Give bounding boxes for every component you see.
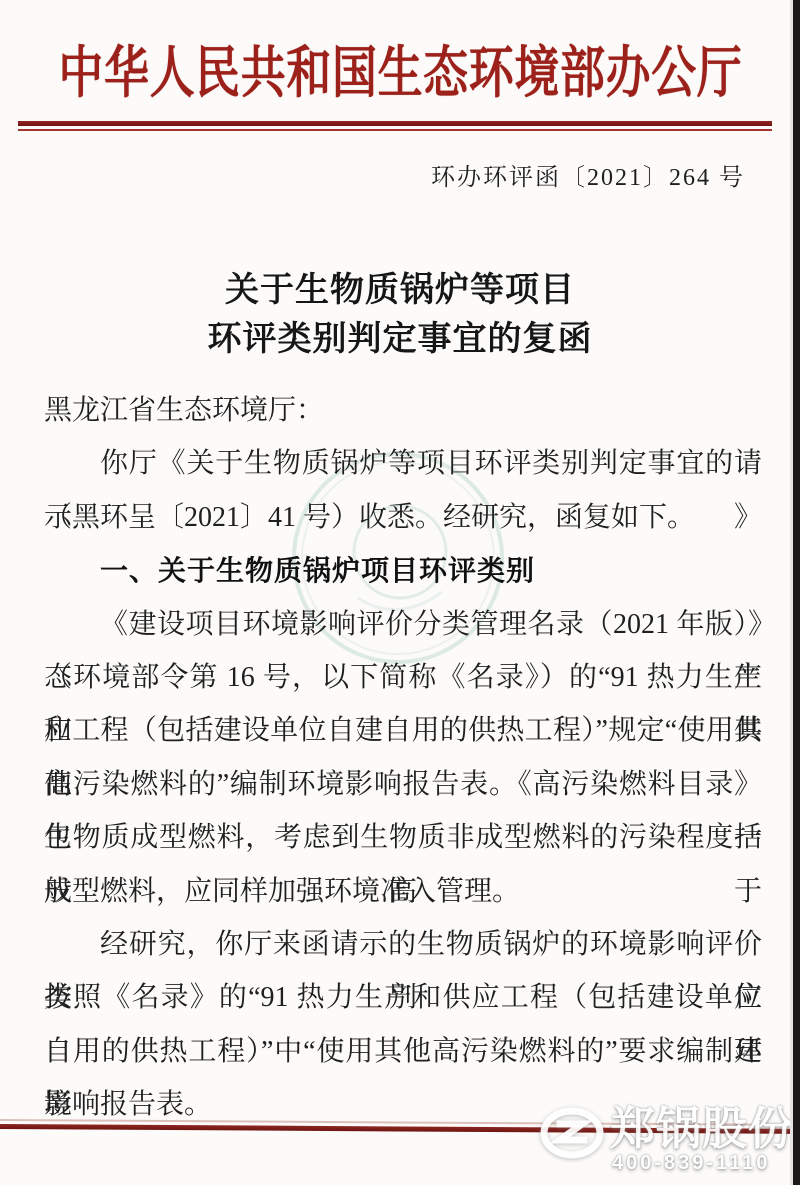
scanned-letter-page: 中华人民共和国生态环境部办公厅 环办环评函〔2021〕264 号 关于生物质锅炉…: [0, 0, 800, 1185]
body-lines: 黑龙江省生态环境厅：你厅《关于生物质锅炉等项目环评类别判定事宜的请示》（黑环呈〔…: [44, 384, 762, 1131]
body-line: 《建设项目环境影响评价分类管理名录（2021 年版）》（生: [44, 598, 762, 651]
letterhead: 中华人民共和国生态环境部办公厅: [0, 30, 800, 108]
zhengguo-logo-icon: [540, 1106, 604, 1165]
body-line: 一、关于生物质锅炉项目环评类别: [44, 544, 762, 597]
letter-title-line-2: 环评类别判定事宜的复函: [0, 315, 800, 364]
body-line: （黑环呈〔2021〕41 号）收悉。经研究，函复如下。: [44, 491, 762, 544]
body-line: 应工程（包括建设单位自建自用的供热工程）”规定“使用其他: [44, 704, 762, 757]
letterhead-agency-title: 中华人民共和国生态环境部办公厅: [58, 29, 742, 109]
body-line: 高污染燃料的”编制环境影响报告表。《高污染燃料目录》包括: [44, 758, 762, 811]
letter-title: 关于生物质锅炉等项目 环评类别判定事宜的复函: [0, 266, 800, 364]
body-line: 黑龙江省生态环境厅：: [44, 384, 762, 437]
body-line: 经研究，你厅来函请示的生物质锅炉的环境影响评价类别应: [44, 918, 762, 971]
letterhead-divider-thin-line: [18, 129, 772, 131]
scan-edge-strip: [793, 0, 800, 1185]
company-watermark: 郑锅股份 400-839-1110: [532, 1078, 792, 1183]
company-phone: 400-839-1110: [612, 1152, 792, 1175]
body-line: 按照《名录》的“91 热力生产和供应工程（包括建设单位自建: [44, 971, 762, 1024]
letterhead-divider: [18, 121, 772, 131]
document-number: 环办环评函〔2021〕264 号: [0, 157, 745, 189]
body-line: 自用的供热工程）”中“使用其他高污染燃料的”要求编制环境: [44, 1025, 762, 1078]
letter-title-line-1: 关于生物质锅炉等项目: [0, 266, 800, 315]
body-line: 你厅《关于生物质锅炉等项目环评类别判定事宜的请示》: [44, 437, 762, 490]
company-name: 郑锅股份: [610, 1106, 790, 1151]
body-line: 生物质成型燃料，考虑到生物质非成型燃料的污染程度一般高于: [44, 811, 762, 864]
body-line: 态环境部令第 16 号，以下简称《名录》）的“91 热力生产和供: [44, 651, 762, 704]
